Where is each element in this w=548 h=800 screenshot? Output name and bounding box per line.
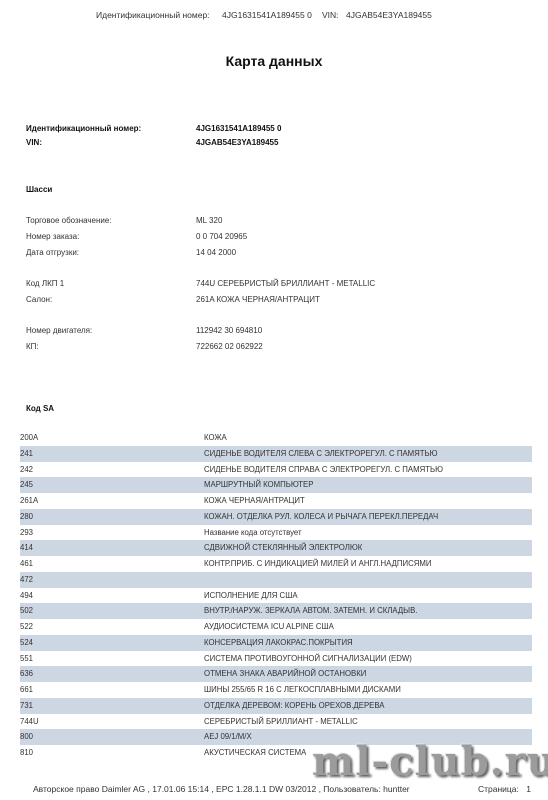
sa-description: СИДЕНЬЕ ВОДИТЕЛЯ СПРАВА С ЭЛЕКТРОРЕГУЛ. …: [204, 465, 443, 474]
header-id-label: Идентификационный номер:: [96, 10, 210, 20]
table-row: 551СИСТЕМА ПРОТИВОУГОННОЙ СИГНАЛИЗАЦИИ (…: [20, 651, 532, 667]
sa-description: Название кода отсутствует: [204, 528, 302, 537]
sa-description: КОНТР.ПРИБ. С ИНДИКАЦИЕЙ МИЛЕЙ И АНГЛ.НА…: [204, 559, 431, 568]
sa-code: 280: [20, 512, 33, 521]
interior-value: 261A КОЖА ЧЕРНАЯ/АНТРАЦИТ: [196, 295, 320, 304]
sa-description: ОТМЕНА ЗНАКА АВАРИЙНОЙ ОСТАНОВКИ: [204, 669, 366, 678]
sa-description: ШИНЫ 255/65 R 16 С ЛЕГКОСПЛАВНЫМИ ДИСКАМ…: [204, 685, 401, 694]
table-row: 242СИДЕНЬЕ ВОДИТЕЛЯ СПРАВА С ЭЛЕКТРОРЕГУ…: [20, 462, 532, 478]
sa-codes-table: 200AКОЖА241СИДЕНЬЕ ВОДИТЕЛЯ СЛЕВА С ЭЛЕК…: [20, 430, 532, 761]
sa-code: 551: [20, 654, 33, 663]
sa-code: 800: [20, 732, 33, 741]
watermark: ml-club.ru: [312, 738, 548, 785]
header-vin-label: VIN:: [322, 10, 339, 20]
table-row: 241СИДЕНЬЕ ВОДИТЕЛЯ СЛЕВА С ЭЛЕКТРОРЕГУЛ…: [20, 446, 532, 462]
header-id-value: 4JG1631541A189455 0: [222, 10, 312, 20]
table-row: 414СДВИЖНОЙ СТЕКЛЯННЫЙ ЭЛЕКТРОЛЮК: [20, 540, 532, 556]
sa-description: СИДЕНЬЕ ВОДИТЕЛЯ СЛЕВА С ЭЛЕКТРОРЕГУЛ. С…: [204, 449, 438, 458]
sa-code: 744U: [20, 717, 39, 726]
ship-date-value: 14 04 2000: [196, 248, 236, 257]
trade-name-value: ML 320: [196, 216, 222, 225]
table-row: 245МАРШРУТНЫЙ КОМПЬЮТЕР: [20, 477, 532, 493]
page-label: Страница:: [478, 784, 519, 794]
sa-code: 245: [20, 480, 33, 489]
sa-description: КОЖА ЧЕРНАЯ/АНТРАЦИТ: [204, 496, 305, 505]
table-row: 502ВНУТР./НАРУЖ. ЗЕРКАЛА АВТОМ. ЗАТЕМН. …: [20, 603, 532, 619]
engine-number-value: 112942 30 694810: [196, 326, 262, 335]
table-row: 461КОНТР.ПРИБ. С ИНДИКАЦИЕЙ МИЛЕЙ И АНГЛ…: [20, 556, 532, 572]
sa-description: МАРШРУТНЫЙ КОМПЬЮТЕР: [204, 480, 313, 489]
table-row: 472: [20, 572, 532, 588]
page-title: Карта данных: [0, 53, 548, 69]
sa-code: 810: [20, 748, 33, 757]
sa-description: АКУСТИЧЕСКАЯ СИСТЕМА: [204, 748, 306, 757]
trade-name-label: Торговое обозначение:: [26, 216, 112, 225]
sa-description: ИСПОЛНЕНИЕ ДЛЯ США: [204, 591, 298, 600]
ship-date-label: Дата отгрузки:: [26, 248, 79, 257]
sa-code: 414: [20, 543, 33, 552]
table-row: 261AКОЖА ЧЕРНАЯ/АНТРАЦИТ: [20, 493, 532, 509]
table-row: 522АУДИОСИСТЕМА ICU ALPINE США: [20, 619, 532, 635]
vin-label: VIN:: [26, 138, 42, 147]
sa-code: 472: [20, 575, 33, 584]
sa-code: 461: [20, 559, 33, 568]
table-row: 661ШИНЫ 255/65 R 16 С ЛЕГКОСПЛАВНЫМИ ДИС…: [20, 682, 532, 698]
id-number-value: 4JG1631541A189455 0: [196, 124, 281, 133]
footer-copyright: Авторское право Daimler AG , 17.01.06 15…: [33, 784, 410, 794]
paint-code-label: Код ЛКП 1: [26, 279, 64, 288]
sa-description: ОТДЕЛКА ДЕРЕВОМ: КОРЕНЬ ОРЕХОВ.ДЕРЕВА: [204, 701, 385, 710]
sa-codes-heading: Код SA: [26, 404, 54, 413]
sa-description: СЕРЕБРИСТЫЙ БРИЛЛИАНТ - METALLIC: [204, 717, 358, 726]
page-indicator: Страница: 1: [478, 784, 531, 794]
sa-code: 522: [20, 622, 33, 631]
table-row: 744UСЕРЕБРИСТЫЙ БРИЛЛИАНТ - METALLIC: [20, 714, 532, 730]
table-row: 636ОТМЕНА ЗНАКА АВАРИЙНОЙ ОСТАНОВКИ: [20, 666, 532, 682]
paint-code-value: 744U СЕРЕБРИСТЫЙ БРИЛЛИАНТ - METALLIC: [196, 279, 375, 288]
sa-code: 636: [20, 669, 33, 678]
chassis-heading: Шасси: [26, 185, 52, 194]
sa-description: СИСТЕМА ПРОТИВОУГОННОЙ СИГНАЛИЗАЦИИ (EDW…: [204, 654, 412, 663]
id-number-label: Идентификационный номер:: [26, 124, 141, 133]
header-vin-value: 4JGAB54E3YA189455: [346, 10, 432, 20]
sa-description: АУДИОСИСТЕМА ICU ALPINE США: [204, 622, 334, 631]
sa-code: 731: [20, 701, 33, 710]
sa-code: 494: [20, 591, 33, 600]
sa-description: КОНСЕРВАЦИЯ ЛАКОКРАС.ПОКРЫТИЯ: [204, 638, 353, 647]
sa-description: КОЖАН. ОТДЕЛКА РУЛ. КОЛЕСА И РЫЧАГА ПЕРЕ…: [204, 512, 438, 521]
sa-code: 200A: [20, 433, 38, 442]
sa-code: 661: [20, 685, 33, 694]
sa-code: 242: [20, 465, 33, 474]
transmission-label: КП:: [26, 342, 39, 351]
sa-code: 293: [20, 528, 33, 537]
table-row: 524КОНСЕРВАЦИЯ ЛАКОКРАС.ПОКРЫТИЯ: [20, 635, 532, 651]
page-number: 1: [526, 784, 531, 794]
table-row: 200AКОЖА: [20, 430, 532, 446]
interior-label: Салон:: [26, 295, 52, 304]
table-row: 731ОТДЕЛКА ДЕРЕВОМ: КОРЕНЬ ОРЕХОВ.ДЕРЕВА: [20, 698, 532, 714]
sa-description: AEJ 09/1/M/X: [204, 732, 252, 741]
table-row: 293Название кода отсутствует: [20, 525, 532, 541]
table-row: 280КОЖАН. ОТДЕЛКА РУЛ. КОЛЕСА И РЫЧАГА П…: [20, 509, 532, 525]
vin-value: 4JGAB54E3YA189455: [196, 138, 278, 147]
sa-code: 261A: [20, 496, 38, 505]
sa-code: 241: [20, 449, 33, 458]
sa-description: ВНУТР./НАРУЖ. ЗЕРКАЛА АВТОМ. ЗАТЕМН. И С…: [204, 606, 417, 615]
transmission-value: 722662 02 062922: [196, 342, 263, 351]
sa-code: 524: [20, 638, 33, 647]
sa-description: СДВИЖНОЙ СТЕКЛЯННЫЙ ЭЛЕКТРОЛЮК: [204, 543, 362, 552]
table-row: 494ИСПОЛНЕНИЕ ДЛЯ США: [20, 588, 532, 604]
sa-description: КОЖА: [204, 433, 227, 442]
order-number-value: 0 0 704 20965: [196, 232, 247, 241]
order-number-label: Номер заказа:: [26, 232, 79, 241]
sa-code: 502: [20, 606, 33, 615]
engine-number-label: Номер двигателя:: [26, 326, 92, 335]
